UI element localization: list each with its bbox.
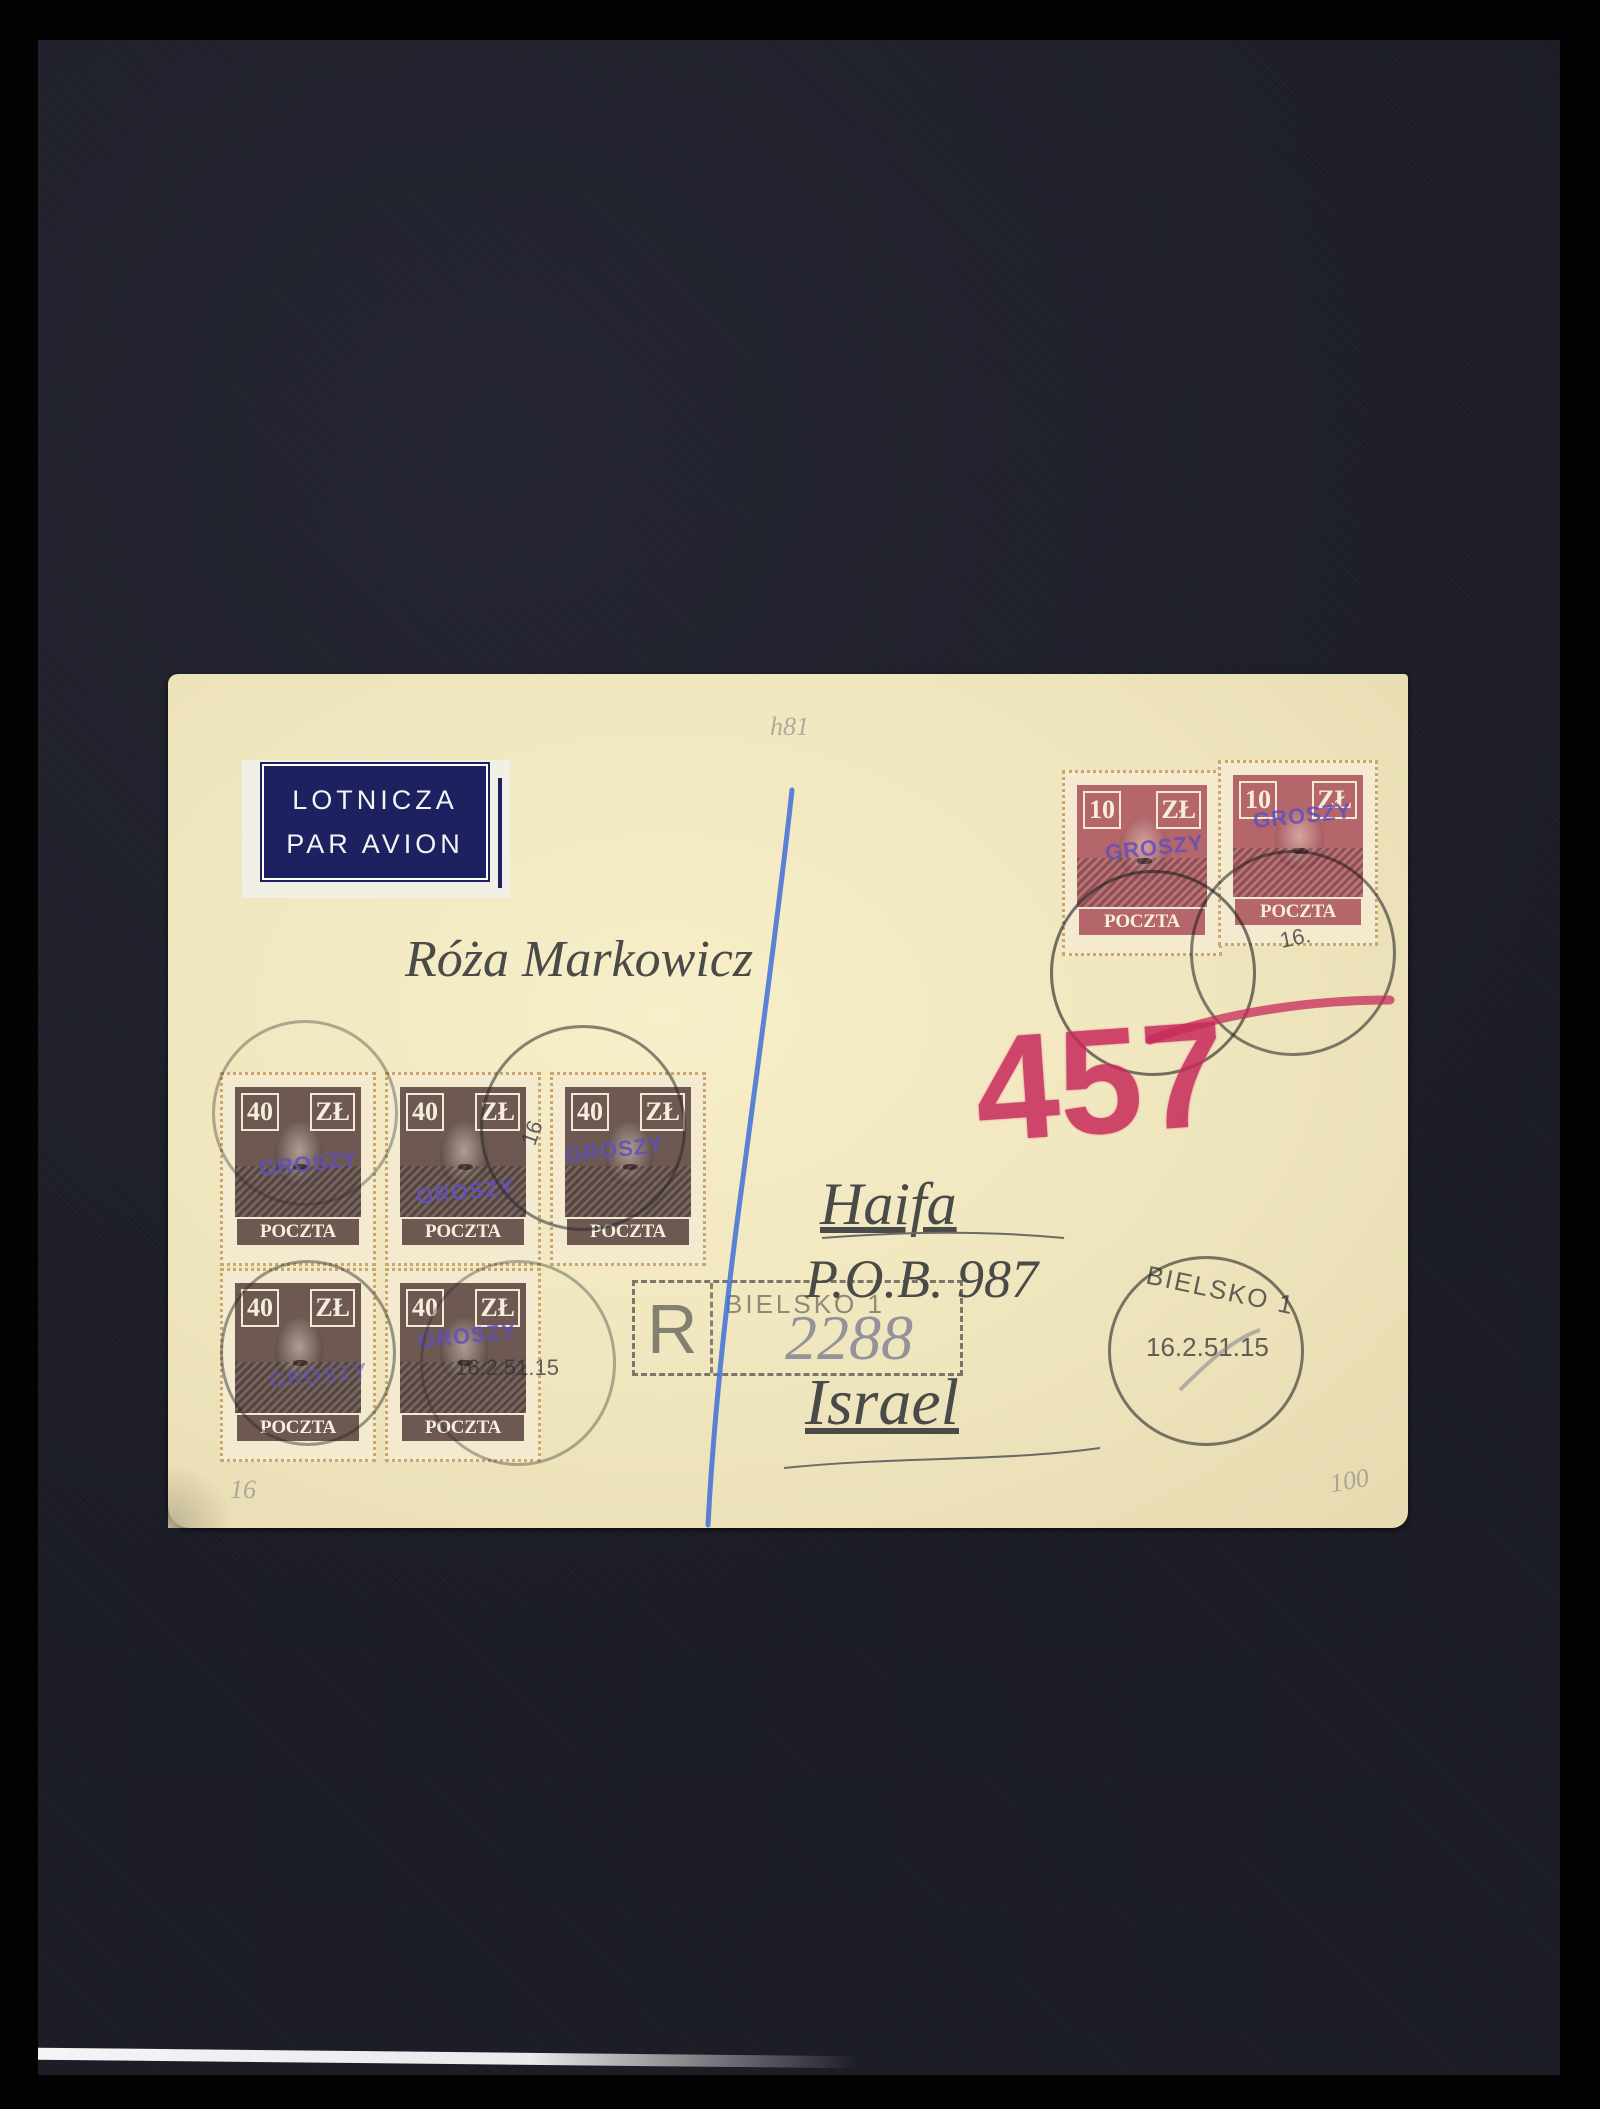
stamp-value: 40	[406, 1093, 444, 1131]
postmark-block-center	[480, 1025, 686, 1231]
address-country: Israel	[805, 1365, 959, 1441]
postmark-block-date: 16.2.51.15	[455, 1355, 559, 1381]
airmail-label: LOTNICZA PAR AVION	[242, 760, 510, 898]
stamp-inscription: POCZTA POLSKA	[237, 1219, 359, 1245]
address-pobox: P.O.B. 987	[805, 1248, 1038, 1310]
address-name: Róża Markowicz	[405, 930, 753, 989]
pencil-note-bottom-left: 16	[230, 1475, 256, 1505]
pencil-note-top: h81	[770, 712, 809, 742]
address-city: Haifa	[820, 1170, 957, 1239]
postmark-block-lower	[220, 1260, 396, 1446]
envelope-wear	[168, 1458, 228, 1528]
stamp-currency: ZŁ	[1156, 791, 1201, 829]
red-crayon-number: 457	[969, 986, 1231, 1176]
airmail-line1: LOTNICZA	[292, 778, 458, 822]
airmail-stripe	[498, 778, 502, 888]
stamp-value: 10	[1083, 791, 1121, 829]
registration-divider	[710, 1283, 713, 1373]
postmark-main-date: 16.2.51.15	[1146, 1332, 1269, 1363]
registration-number: 2288	[785, 1301, 913, 1375]
postmark-block-left	[212, 1020, 398, 1206]
stamp-inscription: POCZTA POLSKA	[402, 1219, 524, 1245]
registration-letter: R	[647, 1289, 698, 1369]
airmail-label-inner: LOTNICZA PAR AVION	[262, 764, 488, 880]
airmail-line2: PAR AVION	[286, 822, 464, 866]
